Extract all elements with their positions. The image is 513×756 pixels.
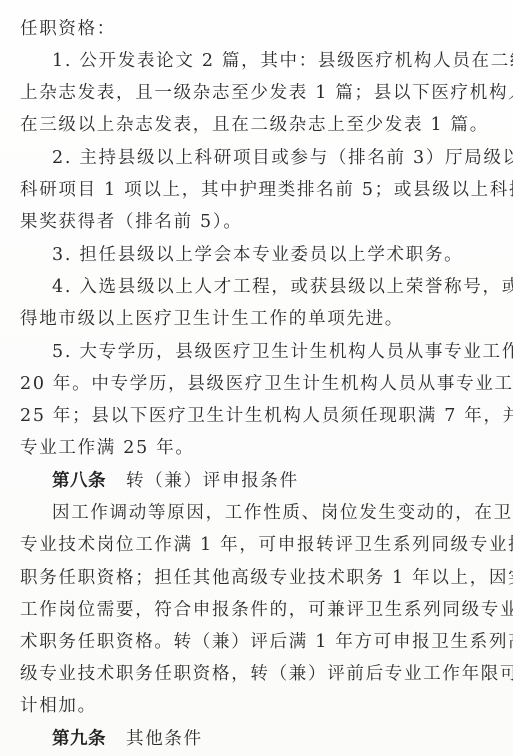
article-8-line-7: 计相加。 — [20, 694, 475, 718]
article-8-line-6: 级专业技术职务任职资格，转（兼）评前后专业工作年限可累 — [20, 662, 475, 686]
article-8-title: 转（兼）评申报条件 — [126, 471, 299, 491]
item-5-line-2: 20 年。中专学历，县级医疗卫生计生机构人员从事专业工作满 — [20, 372, 475, 396]
item-1-line-3: 在三级以上杂志发表，且在二级杂志上至少发表 1 篇。 — [20, 113, 475, 137]
item-2-line-3: 果奖获得者（排名前 5）。 — [20, 210, 475, 234]
item-2-line-2: 科研项目 1 项以上，其中护理类排名前 5；或县级以上科技成 — [20, 178, 475, 202]
item-4-line-1: 4. 入选县级以上人才工程，或获县级以上荣誉称号，或获 — [52, 275, 475, 299]
item-4-line-2: 得地市级以上医疗卫生计生工作的单项先进。 — [20, 307, 475, 331]
article-8-number: 第八条 — [52, 471, 106, 491]
item-1-line-1: 1. 公开发表论文 2 篇，其中：县级医疗机构人员在二级以 — [52, 49, 475, 73]
article-9-title: 其他条件 — [126, 729, 203, 749]
item-1-line-2: 上杂志发表，且一级杂志至少发表 1 篇；县以下医疗机构人员 — [20, 81, 475, 105]
article-8-line-3: 职务任职资格；担任其他高级专业技术职务 1 年以上，因实际 — [20, 566, 475, 590]
article-8-line-1: 因工作调动等原因，工作性质、岗位发生变动的，在卫生 — [52, 501, 475, 525]
article-8-line-2: 专业技术岗位工作满 1 年，可申报转评卫生系列同级专业技术 — [20, 533, 475, 557]
article-8-heading: 第八条转（兼）评申报条件 — [52, 469, 299, 493]
item-2-line-1: 2. 主持县级以上科研项目或参与（排名前 3）厅局级以上 — [52, 146, 475, 170]
item-5-line-1: 5. 大专学历，县级医疗卫生计生机构人员从事专业工作满 — [52, 340, 475, 364]
article-9-heading: 第九条其他条件 — [52, 727, 203, 751]
article-9-number: 第九条 — [52, 729, 106, 749]
article-8-line-4: 工作岗位需要，符合申报条件的，可兼评卫生系列同级专业技 — [20, 598, 475, 622]
document-page: 任职资格： 1. 公开发表论文 2 篇，其中：县级医疗机构人员在二级以 上杂志发… — [0, 0, 513, 756]
item-5-line-4: 专业工作满 25 年。 — [20, 436, 475, 460]
article-8-line-5: 术职务任职资格。转（兼）评后满 1 年方可申报卫生系列高一 — [20, 630, 475, 654]
item-3-line-1: 3. 担任县级以上学会本专业委员以上学术职务。 — [52, 243, 475, 267]
item-5-line-3: 25 年；县以下医疗卫生计生机构人员须任现职满 7 年，并从事 — [20, 404, 475, 428]
section-label: 任职资格： — [20, 17, 116, 41]
